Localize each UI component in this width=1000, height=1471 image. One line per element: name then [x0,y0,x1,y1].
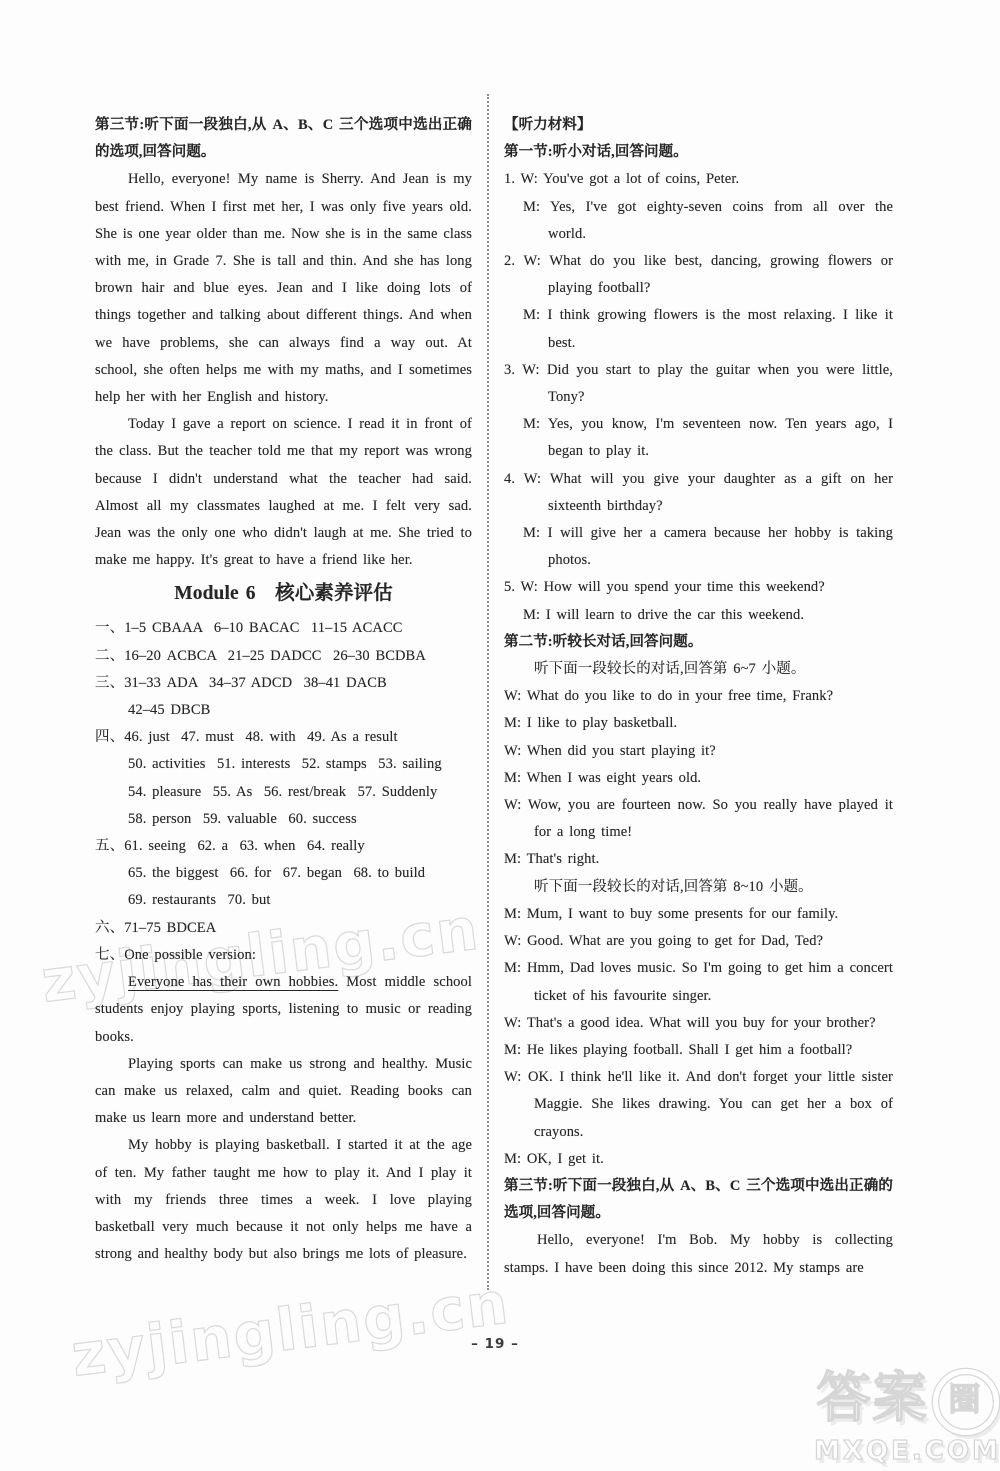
dialogue-line: M: Hmm, Dad loves music. So I'm going to… [504,955,893,1009]
dialogue-section-1: 1. W: You've got a lot of coins, Peter.M… [504,166,893,628]
left-section3-heading: 第三节:听下面一段独白,从 A、B、C 三个选项中选出正确的选项,回答问题。 [95,112,472,166]
answer-line: 54. pleasure 55. As 56. rest/break 57. S… [128,779,472,806]
section2-heading: 第二节:听较长对话,回答问题。 [504,629,893,656]
answer-line: 69. restaurants 70. but [128,887,472,914]
answer-line: 65. the biggest 66. for 67. began 68. to… [128,860,472,887]
answer-line: 六、71–75 BDCEA [95,915,472,942]
page-number: – 19 – [445,1336,545,1352]
answer-line: 三、31–33 ADA 34–37 ADCD 38–41 DACB [95,670,472,697]
watermark-corner-site: MXQE.COM [800,1435,1000,1467]
dialogue-section-2: 听下面一段较长的对话,回答第 6~7 小题。W: What do you lik… [504,656,893,1173]
answer-line: 二、16–20 ACBCA 21–25 DADCC 26–30 BCDBA [95,643,472,670]
dialogue-line: W: That's a good idea. What will you buy… [504,1010,893,1037]
dialogue-line: M: Yes, I've got eighty-seven coins from… [523,194,893,248]
dialogue-line: M: Yes, you know, I'm seventeen now. Ten… [523,411,893,465]
dialogue-line: 1. W: You've got a lot of coins, Peter. [504,166,893,193]
listening-materials-heading: 【听力材料】 [504,112,893,139]
answer-line: 42–45 DBCB [128,697,472,724]
module-6-heading: Module 6 核心素养评估 [95,576,472,612]
monologue-paragraph: Hello, everyone! My name is Sherry. And … [95,166,472,411]
scanned-answer-page: zyjingling.cn zyjingling.cn 第三节:听下面一段独白,… [0,0,1000,1471]
dialogue-line: W: When did you start playing it? [504,738,893,765]
answer-line: 一、1–5 CBAAA 6–10 BACAC 11–15 ACACC [95,615,472,642]
dialogue-line: M: That's right. [504,846,893,873]
dialogue-line: 听下面一段较长的对话,回答第 6~7 小题。 [504,656,893,683]
essay-underlined-sentence: Everyone has their own hobbies. [128,974,338,990]
dialogue-line: M: Mum, I want to buy some presents for … [504,901,893,928]
dialogue-line: M: I think growing flowers is the most r… [523,302,893,356]
left-column: 第三节:听下面一段独白,从 A、B、C 三个选项中选出正确的选项,回答问题。 H… [95,112,472,1268]
answer-line: 七、One possible version: [95,942,472,969]
essay-paragraph: Everyone has their own hobbies. Most mid… [95,969,472,1051]
monologue-paragraph: Today I gave a report on science. I read… [95,411,472,574]
answer-line: 50. activities 51. interests 52. stamps … [128,751,472,778]
dialogue-line: 5. W: How will you spend your time this … [504,574,893,601]
dialogue-line: M: I will give her a camera because her … [523,520,893,574]
dialogue-line: W: Wow, you are fourteen now. So you rea… [504,792,893,846]
dialogue-line: 听下面一段较长的对话,回答第 8~10 小题。 [504,874,893,901]
answer-line: 五、61. seeing 62. a 63. when 64. really [95,833,472,860]
dialogue-line: M: I will learn to drive the car this we… [523,602,893,629]
answer-key-list: 一、1–5 CBAAA 6–10 BACAC 11–15 ACACC二、16–2… [95,615,472,969]
dialogue-line: M: When I was eight years old. [504,765,893,792]
essay-paragraph: My hobby is playing basketball. I starte… [95,1132,472,1268]
dialogue-line: 4. W: What will you give your daughter a… [504,466,893,520]
dialogue-line: 2. W: What do you like best, dancing, gr… [504,248,893,302]
dialogue-line: W: Good. What are you going to get for D… [504,928,893,955]
column-divider [487,94,489,1290]
monologue-paragraph: Hello, everyone! I'm Bob. My hobby is co… [504,1227,893,1281]
dialogue-line: M: He likes playing football. Shall I ge… [504,1037,893,1064]
answer-line: 58. person 59. valuable 60. success [128,806,472,833]
watermark-circle-logo: 圈 [933,1369,999,1435]
dialogue-line: W: What do you like to do in your free t… [504,683,893,710]
answer-line: 四、46. just 47. must 48. with 49. As a re… [95,724,472,751]
dialogue-line: M: OK, I get it. [504,1146,893,1173]
section1-heading: 第一节:听小对话,回答问题。 [504,139,893,166]
watermark-bottom: zyjingling.cn [68,1269,513,1390]
watermark-corner-title: 答案圈 [800,1368,1000,1435]
dialogue-line: W: OK. I think he'll like it. And don't … [504,1064,893,1146]
essay-paragraph: Playing sports can make us strong and he… [95,1051,472,1133]
dialogue-line: 3. W: Did you start to play the guitar w… [504,357,893,411]
right-column: 【听力材料】 第一节:听小对话,回答问题。 1. W: You've got a… [504,112,893,1282]
right-section3-heading: 第三节:听下面一段独白,从 A、B、C 三个选项中选出正确的选项,回答问题。 [504,1173,893,1227]
dialogue-line: M: I like to play basketball. [504,710,893,737]
watermark-corner: 答案圈 MXQE.COM [800,1368,1000,1467]
